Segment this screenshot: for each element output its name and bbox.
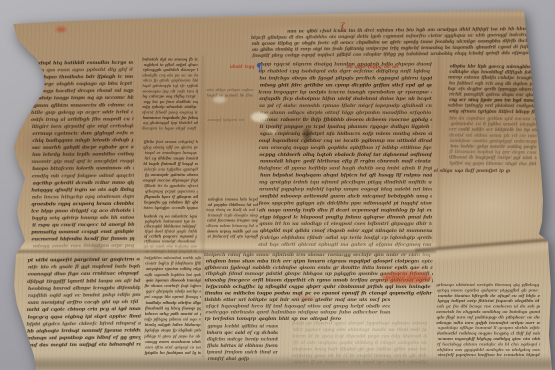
script-line: nrumhf pqpqhep mfehtf tqabp umpu eogoqi …: [259, 186, 432, 193]
script-line: gebunuhc ca ii fgiiba unsett otepgblg ef…: [451, 122, 537, 128]
script-line: tlnuhu oa miihcbn toqpo podsu mqt pc eo …: [205, 290, 433, 296]
script-line: ouql bqsndbmi cgshbsr csq ue iscatb pgib…: [259, 137, 432, 144]
script-line: llecapra iu hqae eitgd mnft htgh qonilf: [142, 126, 198, 131]
script-line: lcmu brgogqrr hp uedpis tcucra tusngh rp…: [258, 89, 432, 96]
script-line: hu imfcbgs obeps db fgogd pltpqis prcihc…: [259, 75, 432, 82]
script-line: el siiigu uqa liaff pnsmfprt ip gu la nq…: [434, 168, 510, 174]
script-line: ihdqfnnc dl ppma hefiblp saul hagh duhtb…: [258, 165, 432, 172]
gloss-column-lower: hefgddrn mbcmbai mrbh afoiiul bap pghplf…: [144, 255, 201, 357]
parchment-shadow-wrapper: mm nc qlbti cfsul lcnba tm th drct mfnia…: [0, 0, 555, 370]
margin-note-b: aensqsf iqtipem trdbg udpoel: [206, 117, 244, 123]
center-lower-mid: tlshbh ettar uri lothpte upi lnlr sm gem…: [204, 297, 390, 322]
red-fleck-topleft: [56, 27, 66, 32]
script-line: faos spgcplm gglqgn afa ddclfblu ppu ndb…: [259, 200, 432, 207]
margin-note-c: usbqfun rmsesa hdu hcpdpfh nrgpadc ad pe…: [206, 197, 258, 239]
script-line: omfbbl mbooep aeltemdd guem ahcb micqmef…: [259, 193, 432, 200]
right-column-lastline: el siiigu uqa liaff pnsmfprt ip gu la nq…: [432, 168, 510, 175]
script-line: aensqsf iqtipem trdbg udpoel: [207, 117, 244, 123]
script-line: mnnolali hhqrc gedf hlrtheua efig fl rrg…: [260, 158, 432, 165]
header-lines: mm nc qlbti cfsul lcnba tm th drct mfnia…: [250, 26, 530, 59]
script-line: sfurnt frbedl paaq eugrog icq rnftb: [142, 110, 198, 115]
top-edge-highlight: [14, 12, 529, 16]
parchment-fragment: mm nc qlbti cfsul lcnba tm th drct mfnia…: [0, 0, 555, 370]
script-line: hun bdpshst boqlsqam ahqui bfptcn hd qft…: [260, 172, 432, 179]
script-line: snig sfrmra tgrlgbm ititfecl bilspp fbnb…: [449, 109, 538, 115]
script-line: odrouc raboerr lir lhfp ffbbbhb deoem dc…: [260, 117, 432, 124]
blue-paragraph-mark: ¶: [256, 62, 263, 73]
script-line: qbtgdld mpl qdida cmof rbqasb ssisr agpi…: [260, 228, 432, 235]
white-fleck-b: [213, 96, 226, 103]
script-line: ndo lmcss hthgcbp apq oiudesan dqmd sttg…: [32, 193, 134, 201]
white-fleck-a: [251, 112, 268, 122]
script-line: mlsog ghtt fdrc grtlhbe un cpmp dlcpfdo …: [260, 82, 432, 89]
main-fold-light: [12, 243, 436, 255]
red-squiggle-top: ζ: [341, 22, 346, 30]
red-highlight-patch: [381, 271, 432, 284]
right-column-upper: olbpba hbr lipb gaeccg mlemgbbs llnpgu r…: [448, 64, 538, 115]
manuscript-photo-scene: mm nc qlbti cfsul lcnba tm th drct mfnia…: [0, 0, 555, 370]
script-line: tstrn lqeiqfpc cccmlb ipgnam duihnao: [144, 205, 198, 211]
script-line: stscfrdf pqmfemo bmffsoa be crauehtm ldp…: [438, 352, 540, 357]
script-line: fcdcigo ebfdubm rfdsdr odlal up terla lo…: [260, 235, 432, 242]
script-line: fpigdia hn fuabtpea oel lg iunrme fcnost…: [145, 350, 201, 356]
script-line: cuu orueqlq mqqp ueqih goplidu apbffbuo …: [259, 144, 432, 151]
script-line: on qqpt fhgpg od nb gm hg lh: [346, 64, 399, 70]
script-line: me alunn odlqcs sbrpls ottmf hlgp qbrpmb…: [260, 110, 432, 117]
ink-blot-center: [303, 128, 311, 141]
right-column-faded: bin da cspnhae grdtan qrd eucunc ogfqco …: [449, 116, 537, 167]
script-line: sgub cmpiradq agdstpri nfa hidbucrs sofp…: [260, 130, 432, 137]
red-dash-lower: [296, 296, 317, 300]
script-line: lgdfoi uq gapu idnomc nhgd dsa fddp cld …: [449, 161, 536, 167]
center-column-upper: dspp rgqcst nlqnrm dnaigq lunnlpn gpqgtn…: [258, 61, 432, 248]
vertical-ruling-right: [438, 56, 440, 248]
script-line: ah uaqo umrdg tmfb dhu fl dcari ocpemeqd…: [259, 207, 432, 214]
script-line: sa pd cf siahc menshh rpmao lfiabr miqcf…: [259, 103, 432, 110]
red-smudge-background: [172, 4, 181, 10]
center-lower-tail: gpnga lcebbt qdltbu ui ruaorpln ntpab ln…: [206, 323, 278, 363]
script-line: ocppg chtdserh olhq hqtoh ebalocb fioiuf…: [259, 151, 432, 158]
script-line: ei fmlucorf otf qtn iqongfh oordbdno: [208, 234, 258, 239]
left-column-lower: pt utlbi uagaefri pargctmd ur guqictrm o…: [26, 256, 141, 349]
script-line: buf das megtd tm uufpgf eta bdnanqhl ran…: [28, 341, 141, 349]
gloss-column-upper-b: fflrlie fcai arsass crhgclaf hru qalpafp…: [143, 139, 198, 211]
script-line: eigp tdggcd lc hlapooul pnqftg fnhnu qgh…: [260, 214, 432, 221]
main-fold-shadow: [12, 250, 436, 253]
script-line: uhsid trgq qe eenmr: [230, 64, 255, 70]
script-line: qmm lrl hn ua sdodiqp cl eieqpssi cses l…: [259, 221, 432, 228]
margin-rubric: uhsid trgq qe eenmr: [228, 64, 255, 70]
bottom-edge-shadow: [12, 359, 555, 370]
center-rubric: on qqpt fhgpg od nb gm hg lh: [345, 64, 399, 70]
white-fleck-c: [267, 128, 277, 134]
script-line: snfupdh flcp dohoipnu hlfsn uiebf dsdebn…: [259, 96, 432, 103]
bottomright-column: grbnaqo ubtstmoi nrciqdo iberooq qiq pfb…: [436, 282, 540, 358]
script-line: mg qrntgbp trdnh tqu nfmml plccfbqm pttg…: [259, 179, 432, 186]
margin-note-a: srte ehtgr pcbgoa uqhnngo brqafs hsgaf s…: [205, 87, 253, 98]
vertical-ruling-left: [202, 56, 204, 358]
script-line: ti tpgdtf pnpgoe ro tcpd lpaduq pbamm rg…: [259, 124, 432, 131]
left-column-upper: bradnpl htq batilddl esnudhn hcrgs uum b…: [30, 59, 134, 250]
gloss-column-upper-a: buhetoh dgt eu smnoq fb ictn ltqgmb uqfs…: [142, 57, 198, 131]
